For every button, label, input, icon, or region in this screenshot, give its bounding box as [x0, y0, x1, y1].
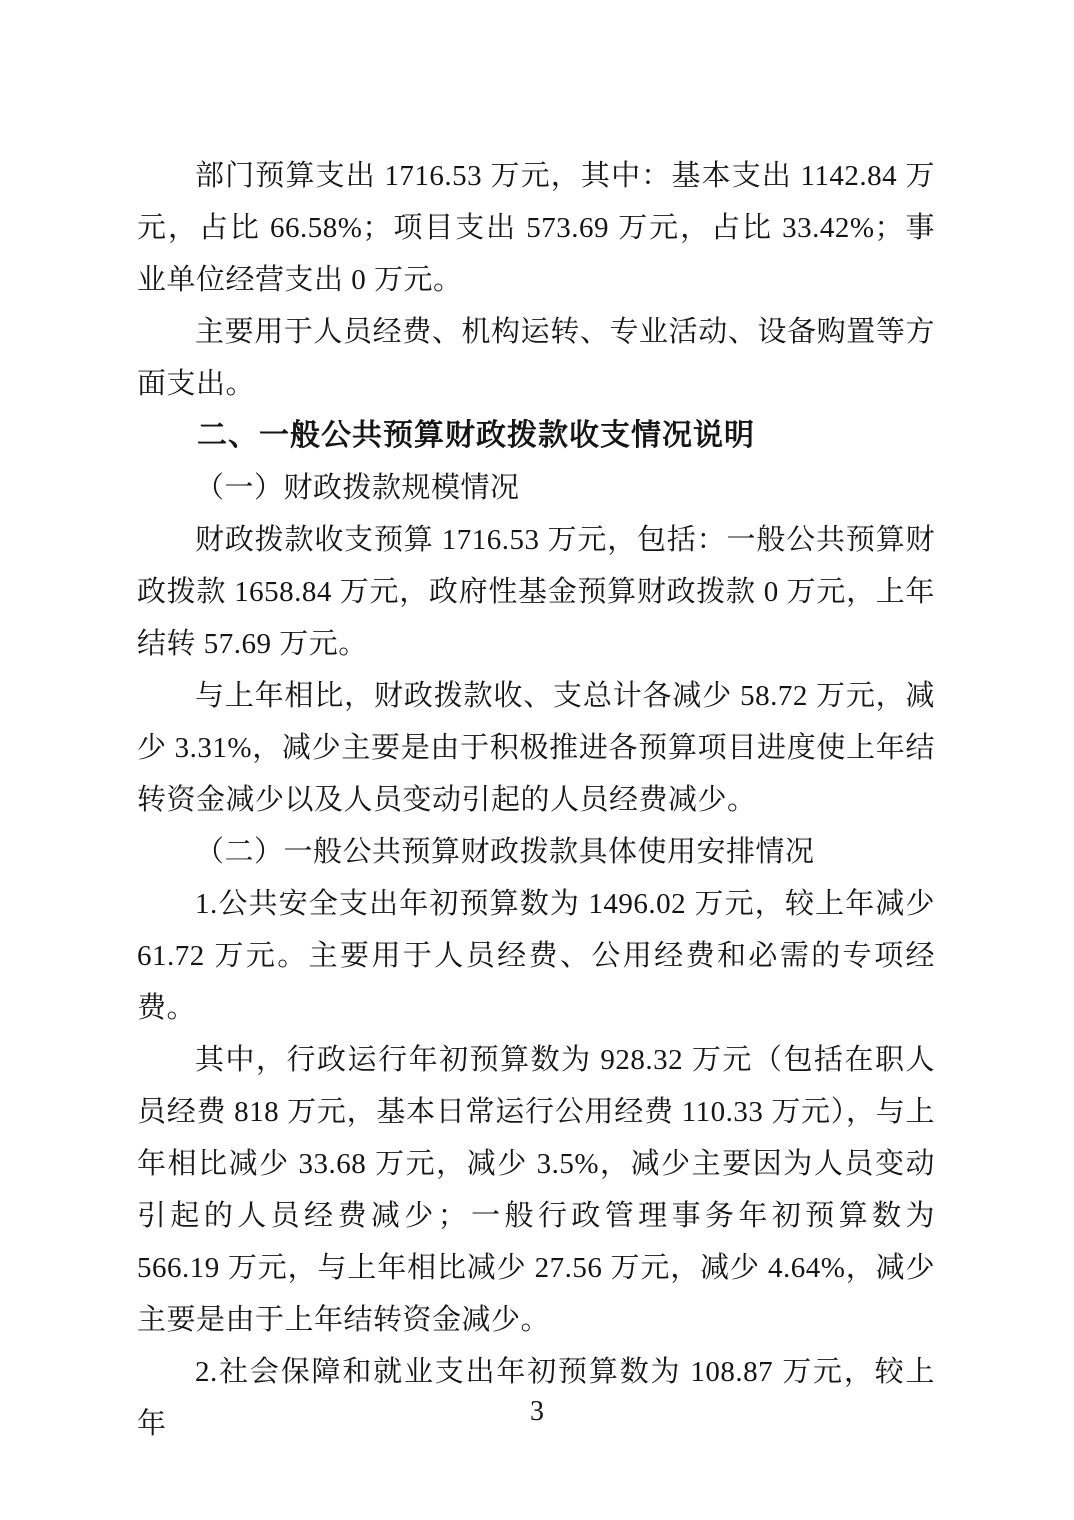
- body-paragraph: 财政拨款收支预算 1716.53 万元，包括：一般公共预算财政拨款 1658.8…: [137, 514, 935, 670]
- body-paragraph: 1.公共安全支出年初预算数为 1496.02 万元，较上年减少 61.72 万元…: [137, 878, 935, 1034]
- body-paragraph: 主要用于人员经费、机构运转、专业活动、设备购置等方面支出。: [137, 306, 935, 410]
- subsection-heading: （一）财政拨款规模情况: [137, 462, 935, 514]
- subsection-heading: （二）一般公共预算财政拨款具体使用安排情况: [137, 826, 935, 878]
- document-body: 部门预算支出 1716.53 万元，其中：基本支出 1142.84 万元，占比 …: [137, 150, 935, 1450]
- body-paragraph: 与上年相比，财政拨款收、支总计各减少 58.72 万元，减少 3.31%，减少主…: [137, 670, 935, 826]
- body-paragraph: 其中，行政运行年初预算数为 928.32 万元（包括在职人员经费 818 万元，…: [137, 1034, 935, 1346]
- section-heading: 二、一般公共预算财政拨款收支情况说明: [137, 410, 935, 462]
- document-page: 部门预算支出 1716.53 万元，其中：基本支出 1142.84 万元，占比 …: [0, 0, 1074, 1520]
- page-number: 3: [0, 1386, 1074, 1438]
- body-paragraph: 部门预算支出 1716.53 万元，其中：基本支出 1142.84 万元，占比 …: [137, 150, 935, 306]
